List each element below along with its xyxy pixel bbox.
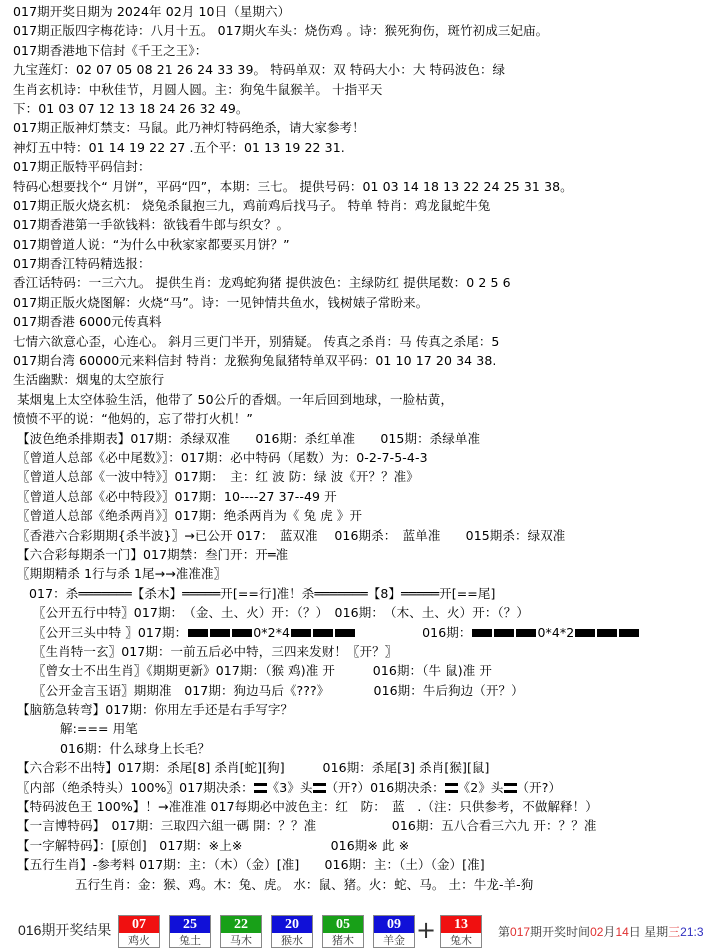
redacted-bar [254,783,267,793]
taiwan-envelope-line: 017期台湾 60000元来料信封 特肖：龙猴狗兔鼠猪特单双平码：01 10 1… [13,351,704,370]
zeng-says-line: 017期曾道人说：“为什么中秋家家都要买月饼？” [13,235,704,254]
draw-info-mid: 期开奖时间 [530,925,590,939]
hk-envelope-title: 017期香港地下信封《千王之王》： [13,41,704,60]
draw-result-label: 016期开奖结果 [18,920,111,940]
draw-date-line: 017期开奖日期为 2024年 02月 10日（星期六） [13,2,704,21]
ball-zodiac: 鸡火 [119,933,159,948]
divine-lamp-line: 017期正版神灯禁支：马鼠。此乃神灯特码绝杀，请大家参考！ [13,118,704,137]
five-element-zodiac-list: 五行生肖：金：猴、鸡。木：兔、虎。 水：鼠、猪。火：蛇、马。 土：牛龙-羊-狗 [13,875,704,894]
draw-result-bar: 016期开奖结果 07 鸡火 25 兔土 22 马木 20 猴水 05 猪木 0… [0,912,704,952]
draw-info-time: 21:3 [680,925,703,939]
kill-element-line: 017：杀═══════【杀木】═════开[==行]准！杀═══════【8】… [13,584,704,603]
internal-kill-head-line: 〖内部（绝杀特头）100%〗017期决杀：《3》头（开?）016期决杀：《2》头… [13,778,704,797]
ball-zodiac: 猪木 [323,933,363,948]
redacted-bar [597,629,617,637]
mooncake-numbers-line: 特码心想要找个“ 月饼”，平码“四”，本期：三七。 提供号码：01 03 14 … [13,177,704,196]
ball-number: 22 [221,916,261,933]
special-ball: 13 兔木 [440,915,482,948]
plus-icon: + [416,918,436,942]
draw-info-prefix: 第 [498,925,510,939]
ball-2: 25 兔土 [169,915,211,948]
kill-two-zodiac-line: 〖曾道人总部《绝杀两肖》〗017期：绝杀两肖为《 兔 虎 》开 [13,506,704,525]
five-element-line: 〖公开五行中特〗017期： （金、土、火）开：（？） 016期： （木、土、火）… [13,603,704,622]
humor-line-2: 愤愤不平的说：“他妈的，忘了带打火机！” [13,409,704,428]
one-wave-line: 〖曾道人总部《一波中特》〗017期： 主：红 波 防：绿 波《开？？准》 [13,467,704,486]
special-envelope-title: 017期正版特平码信封： [13,157,704,176]
divine-lamp-numbers: 神灯五中特：01 14 19 22 27 .五个平：01 13 19 22 31… [13,138,704,157]
zodiac-mystery-line: 〖生肖特一玄〗017期：一前五后必中特，三四来发财！〖开？〗 [13,642,704,661]
draw-info-weekday: 三 [668,925,680,939]
kill-door-line: 【六合彩每期杀一门】017期禁：叁门开：开═准 [13,545,704,564]
redacted-bar [575,629,595,637]
kill-element-title: 〖期期精杀 1行与杀 1尾→→准准准〗 [13,564,704,583]
hk-fax-line: 七情六欲意心歪，心连心。 斜月三更门半开，别猜疑。 传真之杀肖：马 传真之杀尾：… [13,332,704,351]
ms-zeng-line: 〖曾女士不出生肖〗《期期更新》017期：（猴 鸡)准 开 016期：（牛 鼠)准… [13,661,704,680]
ball-1: 07 鸡火 [118,915,160,948]
ball-4: 20 猴水 [271,915,313,948]
draw-info-month-unit: 月 [603,925,615,939]
ball-zodiac: 马木 [221,933,261,948]
brain-teaser-answer: 解:=== 用笔 [13,719,704,738]
xiangjiang-line: 香江话特码：一三六九。 提供生肖：龙鸡蛇狗猪 提供波色：主绿防红 提供尾数：0 … [13,273,704,292]
ball-6: 09 羊金 [373,915,415,948]
internal-prev-label: 016期决杀： [370,780,445,795]
redacted-bar [335,629,355,637]
three-head-prev: 0*4*2 [537,625,574,640]
wave-kill-line: 【波色绝杀排期表】017期：杀绿双准 016期：杀红单准 015期：杀绿单准 [13,429,704,448]
redacted-bar [210,629,230,637]
one-word-bet-line: 【一言博特码】 017期：三取四六組一碼 開：？？准 016期：五八合看三六九 … [13,816,704,835]
lottery-document: 017期开奖日期为 2024年 02月 10日（星期六） 017期正版四字梅花诗… [13,2,704,894]
ball-3: 22 马木 [220,915,262,948]
internal-open: （开?） [326,780,371,795]
ball-zodiac: 猴水 [272,933,312,948]
fire-diagram-line: 017期正版火烧图解：火烧“马”。诗：一见钟情共鱼水，钱树婊子常盼来。 [13,293,704,312]
draw-info-day-unit: 日 星期 [629,925,668,939]
redacted-bar [313,783,326,793]
draw-info-day: 14 [615,925,628,939]
xiangjiang-title: 017期香江特码精选报： [13,254,704,273]
internal-prev-open: （开?） [517,780,562,795]
redacted-bar [188,629,208,637]
ball-5: 05 猪木 [322,915,364,948]
wave-king-line: 【特码波色王 100%】！→准准准 017每期必中波色主：红 防： 蓝 .（注：… [13,797,704,816]
internal-prev: 《2》头 [458,780,504,795]
fire-mystery-line: 017期正版火烧玄机： 烧兔杀鼠抱三九，鸡前鸡后找马子。 特单 特肖：鸡龙鼠蛇牛… [13,196,704,215]
no-special-line: 【六合彩不出特】017期：杀尾[8] 杀肖[蛇][狗] 016期：杀尾[3] 杀… [13,758,704,777]
three-head-line: 〖公开三头中特 〗017期：0*2*4016期：0*4*2 [13,623,704,642]
redacted-bar [619,629,639,637]
three-head-prev-label: 016期： [422,625,471,640]
plum-poem-line: 017期正版四字梅花诗：八月十五。 017期火车头：烧伤鸡 。诗：猴死狗伤，斑竹… [13,21,704,40]
ball-number: 09 [374,916,414,933]
internal-prefix: 〖内部（绝杀特头）100%〗017期决杀： [17,780,254,795]
ball-number: 25 [170,916,210,933]
ball-zodiac: 兔土 [170,933,210,948]
brain-teaser-prev: 016期：什么球身上长毛？ [13,739,704,758]
redacted-bar [504,783,517,793]
redacted-bar [232,629,252,637]
draw-info-month: 02 [590,925,603,939]
half-wave-line: 〖香港六合彩期期{杀半波}〗→已公开 017： 蓝双准 016期杀： 蓝单准 0… [13,526,704,545]
ball-number: 05 [323,916,363,933]
tail-number-line: 〖曾道人总部《必中尾数》〗：017期：必中特码（尾数）为：0-2-7-5-4-3 [13,448,704,467]
three-head-current: 0*2*4 [253,625,290,640]
hk-fax-title: 017期香港 6000元传真料 [13,312,704,331]
one-char-line: 【一字解特码】：[原创] 017期：※上※ 016期※ 此 ※ [13,836,704,855]
five-element-zodiac-line: 【五行生肖】-参考料 017期：主：（木）（金）[准] 016期：主：（土）（金… [13,855,704,874]
redacted-bar [291,629,311,637]
redacted-bar [494,629,514,637]
humor-title: 生活幽默：烟鬼的太空旅行 [13,370,704,389]
segment-line: 〖曾道人总部《必中特段》〗017期：10----27 37--49 开 [13,487,704,506]
ball-number: 07 [119,916,159,933]
ball-zodiac: 兔木 [441,933,481,948]
golden-words-line: 〖公开金言玉语〗期期准 017期：狗边马后《???》 016期：牛后狗边（开？） [13,681,704,700]
next-draw-info: 第017期开奖时间02月14日 星期三21:3 [498,923,704,940]
three-head-prefix: 〖公开三头中特 〗017期： [33,625,187,640]
hk-first-hand-line: 017期香港第一手欲钱料：欲钱看牛郎与织女？。 [13,215,704,234]
humor-line-1: 某烟鬼上太空体验生活，他带了 50公斤的香烟。一年后回到地球，一脸枯黄， [13,390,704,409]
internal-current: 《3》头 [267,780,313,795]
redacted-bar [445,783,458,793]
ball-zodiac: 羊金 [374,933,414,948]
ball-number: 13 [441,916,481,933]
redacted-bar [313,629,333,637]
zodiac-numbers-line: 下：01 03 07 12 13 18 24 26 32 49。 [13,99,704,118]
zodiac-poem-line: 生肖玄机诗：中秋佳节，月圆人圆。主：狗兔牛鼠猴羊。 十指平天 [13,80,704,99]
ball-number: 20 [272,916,312,933]
brain-teaser-line: 【脑筋急转弯】017期：你用左手还是右手写字？ [13,700,704,719]
draw-info-issue: 017 [510,925,530,939]
redacted-bar [516,629,536,637]
nine-lotus-line: 九宝莲灯：02 07 05 08 21 26 24 33 39。 特码单双：双 … [13,60,704,79]
redacted-bar [472,629,492,637]
